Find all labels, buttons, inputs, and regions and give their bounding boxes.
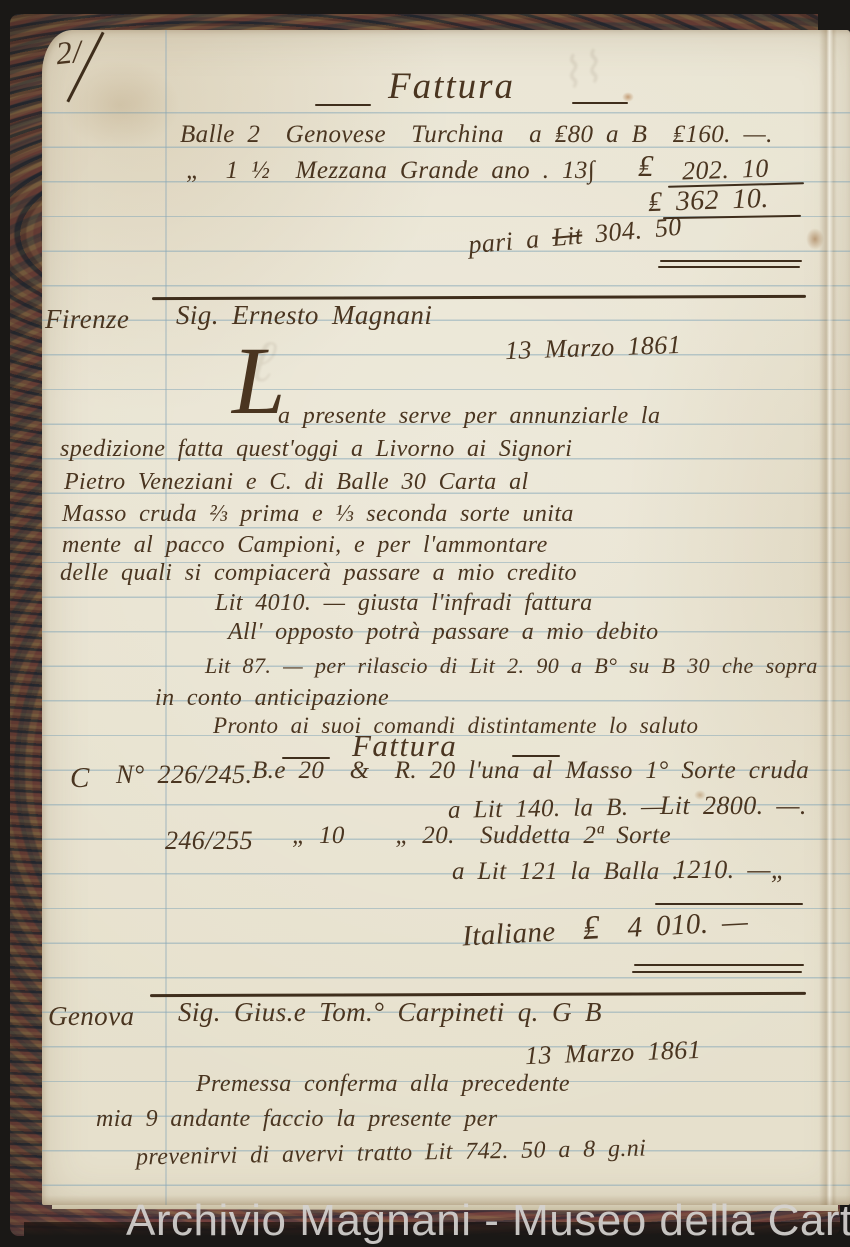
letter-line: Pietro Veneziani e C. di Balle 30 Carta … [64,470,529,495]
scanned-document: ⌇⌇ ℓ 2/ Fattura Balle 2 Genovese Turchin… [0,0,850,1247]
row-numbers: 246/255 [165,827,253,854]
letter-line: delle quali si compiacerà passare a mio … [60,561,577,586]
letter-line: Masso cruda ⅔ prima e ⅓ seconda sorte un… [62,502,574,527]
row-price: a Lit 121 la Balla . [452,859,679,885]
total-label: Italiane [461,916,556,953]
letter-line: All' opposto potrà passare a mio debito [228,620,659,645]
row-price: a Lit 140. la B. — [448,794,664,824]
letter-recipient: Sig. Ernesto Magnani [176,301,432,329]
total-currency-sign: ₤ [582,909,601,947]
letter-line: a presente serve per annunziarle la [278,404,660,429]
invoice-row: Balle 2 Genovese Turchina a ₤80 a B ₤160… [180,122,773,148]
letter-city: Firenze [45,305,129,333]
brown-stain [806,228,824,250]
letter-line: Premessa conferma alla precedente [196,1072,570,1097]
amount: 202. 10 [682,154,770,184]
archive-watermark: Archivio Magnani - Museo della Carta [126,1196,850,1246]
corner-stain [60,60,180,150]
rust-stain [622,92,634,102]
letter-line: mente al pacco Campioni, e per l'ammonta… [62,533,548,558]
row-amount: Lit 2800. —. [660,792,807,819]
margin-line [165,30,167,1205]
row-numbers: N° 226/245. [116,761,252,788]
currency-sign: ₤ [638,150,654,183]
page-fold-crease [819,30,837,1205]
row-description: „ 10 „ 20. Suddetta 2ª Sorte [292,823,671,849]
letter-date: 13 Marzo 1861 [525,1036,702,1069]
row-description: B.e 20 & R. 20 l'una al Masso 1° Sorte c… [252,758,809,784]
invoice-row: „ 1 ½ Mezzana Grande ano . 13∫ [186,158,595,184]
pari-currency: Lit [551,220,584,252]
folio-number: 2/ [54,35,83,71]
total-amount: 4 010. — [627,906,749,944]
letter-line: in conto anticipazione [155,686,389,711]
letter-recipient: Sig. Gius.e Tom.° Carpineti q. G B [178,998,602,1026]
row-margin-letter: C [70,763,90,793]
letter-city: Genova [48,1002,134,1030]
letter-line: mia 9 andante faccio la presente per [96,1107,497,1132]
row-amount: 1210. —„ [674,856,786,883]
background-corner [818,0,850,31]
letter-line: Lit 87. — per rilascio di Lit 2. 90 a B°… [205,654,818,677]
letter-date: 13 Marzo 1861 [505,331,682,364]
letter-line: Lit 4010. — giusta l'infradi fattura [215,591,593,616]
invoice-title: Fattura [388,68,515,107]
ruled-lines [42,112,850,1191]
letter-line: spedizione fatta quest'oggi a Livorno ai… [60,437,572,462]
